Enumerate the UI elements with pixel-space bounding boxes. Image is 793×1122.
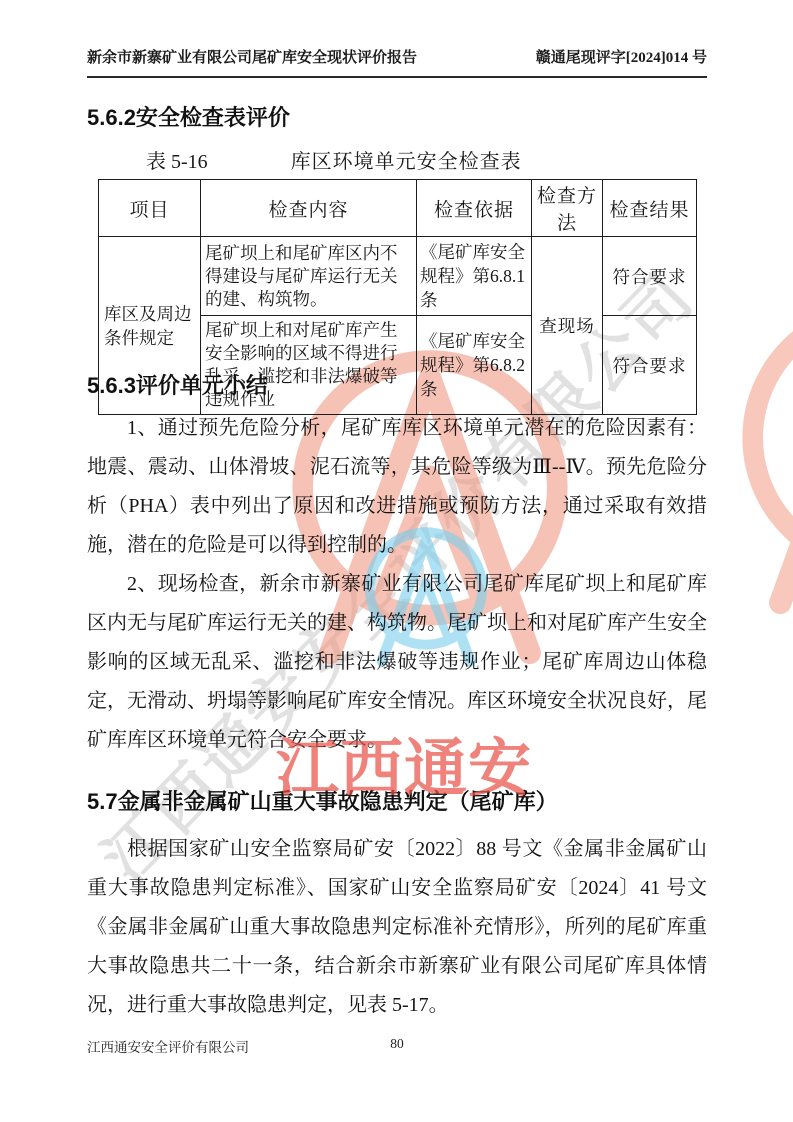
method-cell: 查现场 [532, 237, 603, 415]
content-cell: 尾矿坝上和尾矿库区内不得建设与尾矿库运行无关的建、构筑物。 [201, 237, 417, 316]
red-watermark-text: 江西通安 [276, 718, 532, 809]
header-report-title: 新余市新寨矿业有限公司尾矿库安全现状评价报告 [87, 46, 417, 67]
basis-cell: 《尾矿库安全规程》第6.8.2条 [417, 316, 532, 415]
column-header-basis: 检查依据 [417, 180, 532, 237]
result-cell: 符合要求 [603, 316, 697, 415]
document-page: 江西通安安全评价有限公司 江西通安 新余市新寨矿业有限公司尾矿库安全现状评价报告… [0, 0, 793, 1122]
basis-cell: 《尾矿库安全规程》第6.8.1条 [417, 237, 532, 316]
column-header-result: 检查结果 [603, 180, 697, 237]
column-header-content: 检查内容 [201, 180, 417, 237]
table-caption-label: 表 5-16 [146, 145, 208, 174]
company-logo-watermark-right [708, 283, 793, 627]
column-header-method: 检查方法 [532, 180, 603, 237]
table-header-row: 项目 检查内容 检查依据 检查方法 检查结果 [99, 180, 697, 237]
column-header-project: 项目 [99, 180, 201, 237]
section-heading-563: 5.6.3评价单元小结 [87, 369, 268, 400]
paragraph-hazard-determination: 根据国家矿山安全监察局矿安〔2022〕88 号文《金属非金属矿山重大事故隐患判定… [87, 830, 707, 1025]
paragraph-pha-summary: 1、通过预先危险分析，尾矿库库区环境单元潜在的危险因素有：地震、震动、山体滑坡、… [87, 409, 707, 565]
result-cell: 符合要求 [603, 237, 697, 316]
table-caption-title: 库区环境单元安全检查表 [291, 145, 522, 174]
table-caption: 表 5-16 库区环境单元安全检查表 [87, 145, 707, 174]
page-header: 新余市新寨矿业有限公司尾矿库安全现状评价报告 赣通尾现评字[2024]014 号 [87, 46, 707, 78]
table-row: 库区及周边条件规定 尾矿坝上和尾矿库区内不得建设与尾矿库运行无关的建、构筑物。 … [99, 237, 697, 316]
page-number: 80 [87, 1036, 707, 1052]
section-heading-562: 5.6.2安全检查表评价 [87, 101, 290, 132]
header-doc-number: 赣通尾现评字[2024]014 号 [536, 46, 707, 67]
